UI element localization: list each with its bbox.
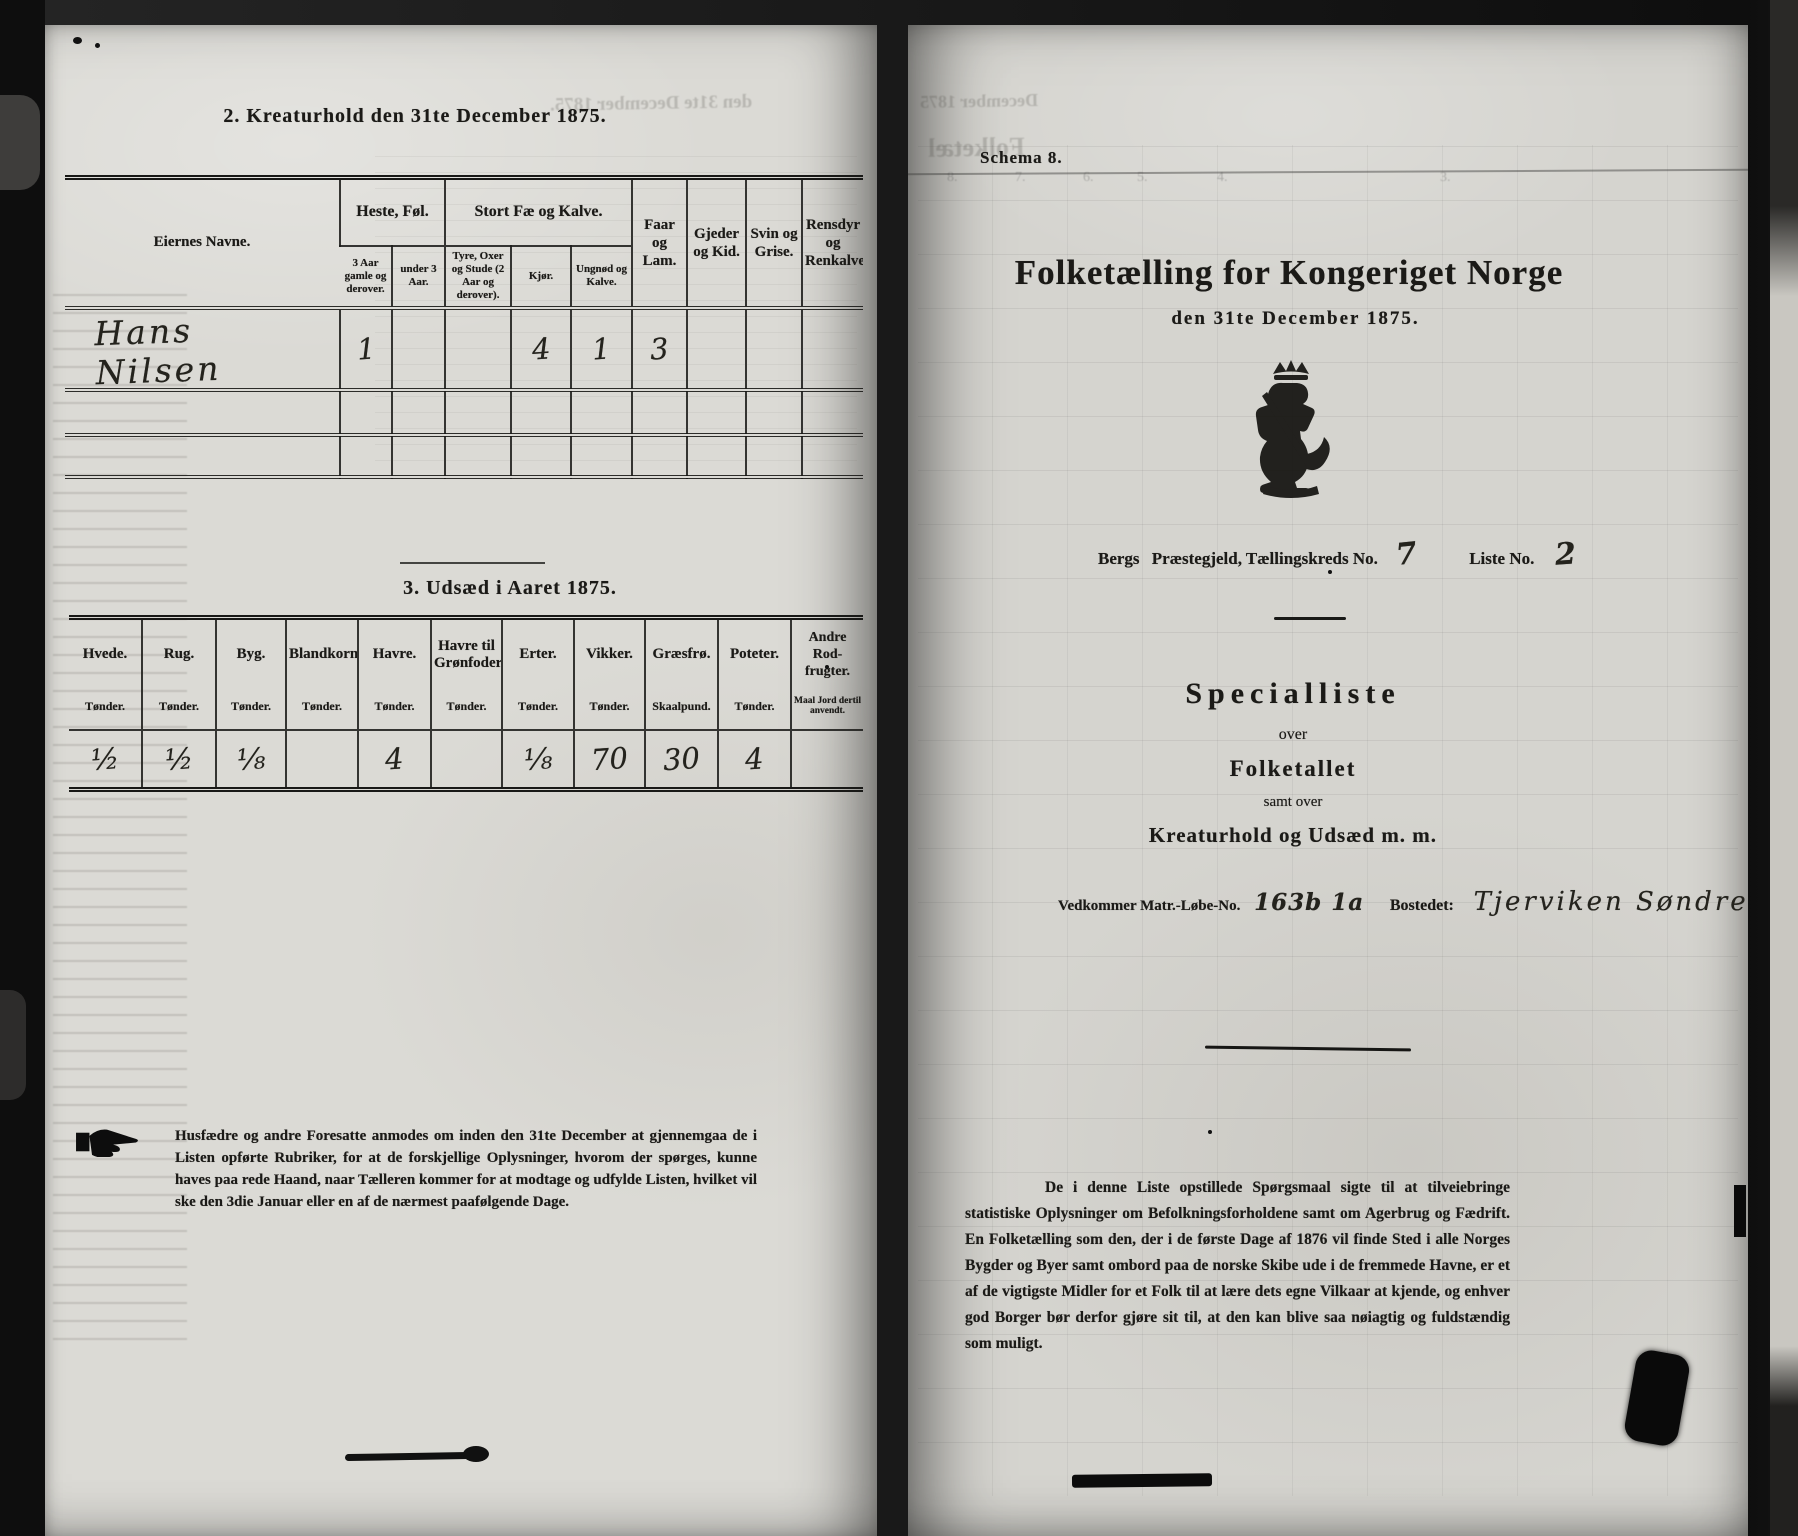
manicule-pointing-hand-icon xyxy=(75,1127,141,1157)
col-header-svin: Svin og Grise. xyxy=(746,178,802,308)
table-row: Hans Nilsen 1 4 1 3 xyxy=(65,308,863,390)
col-header-graesfro: Græsfrø. xyxy=(645,618,718,690)
unit-andre-rodfrugter: Maal Jord dertil anvendt. xyxy=(791,690,863,730)
value-faar: 3 xyxy=(649,331,670,366)
unit-graesfro: Skaalpund. xyxy=(645,690,718,730)
table-row-empty xyxy=(65,435,863,477)
district-number-handwritten: 7 xyxy=(1394,536,1418,573)
district-line: Bergs Præstegjeld, Tællingskreds No. 7 L… xyxy=(1098,537,1658,572)
udsaed-table: Hvede. Rug. Byg. Blandkorn. Havre. Havre… xyxy=(69,615,863,792)
unit-rug: Tønder. xyxy=(142,690,216,730)
divider-line xyxy=(1274,617,1346,620)
bleedthrough-column-number: 7. xyxy=(1015,170,1026,186)
bleedthrough-column-number: 3. xyxy=(1440,170,1451,186)
bleedthrough-column-number: 6. xyxy=(1083,170,1094,186)
divider-line xyxy=(908,169,1748,175)
scan-edge-blot xyxy=(0,990,26,1100)
list-subject-folketallet: Folketallet xyxy=(973,756,1613,782)
ink-blot xyxy=(463,1446,489,1462)
left-page: den 31te December 1875. 2. Kreaturhold d… xyxy=(45,25,877,1536)
col-header-blandkorn: Blandkorn. xyxy=(286,618,358,690)
value-hvede: ½ xyxy=(90,741,120,777)
col-group-stort-fae: Stort Fæ og Kalve. xyxy=(445,178,632,246)
list-title: Specialliste xyxy=(973,677,1613,711)
unit-havre: Tønder. xyxy=(358,690,431,730)
table-row: ½ ½ ⅛ 4 ⅛ 70 30 4 xyxy=(69,730,863,790)
value-rug: ½ xyxy=(164,741,194,777)
section3-title: 3. Udsæd i Aaret 1875. xyxy=(310,577,710,600)
divider-line xyxy=(1205,1046,1411,1052)
kreaturhold-table: Eiernes Navne. Heste, Føl. Stort Fæ og K… xyxy=(65,175,863,479)
document-subtitle: den 31te December 1875. xyxy=(908,308,1683,330)
matr-label: Vedkommer Matr.-Løbe-No. xyxy=(1058,898,1240,914)
unit-hvede: Tønder. xyxy=(69,690,142,730)
scan-edge-mark xyxy=(1734,1185,1746,1237)
scanned-census-document: den 31te December 1875. 2. Kreaturhold d… xyxy=(0,0,1798,1536)
list-subject-kreaturhold: Kreaturhold og Udsæd m. m. xyxy=(973,823,1613,848)
col-header-poteter: Poteter. xyxy=(718,618,791,690)
coat-of-arms-lion-icon xyxy=(1245,358,1337,500)
list-over: over xyxy=(973,726,1613,744)
col-header-hvede: Hvede. xyxy=(69,618,142,690)
liste-label: Liste No. xyxy=(1469,549,1534,568)
district-label: Præstegjeld, Tællingskreds No. xyxy=(1152,549,1378,568)
col-header-havre-gronfoder: Havre til Grønfoder. xyxy=(431,618,502,690)
bosted-label: Bostedet: xyxy=(1390,897,1454,914)
speck xyxy=(95,43,100,48)
col-header-andre-rodfrugter: Andre Rod­frugter. xyxy=(791,618,863,690)
value-ungnod: 1 xyxy=(591,331,612,366)
table-row-empty xyxy=(65,390,863,435)
col-header-heste-3aar: 3 Aar gamle og derover. xyxy=(340,246,392,308)
value-vikker: 70 xyxy=(590,741,629,777)
list-title-block: Specialliste over Folketallet samt over … xyxy=(973,677,1613,848)
right-page: December 1875 Folketæl Schema 8. 8. 7. 6… xyxy=(908,25,1748,1536)
unit-erter: Tønder. xyxy=(502,690,574,730)
value-kjor: 4 xyxy=(531,331,552,366)
ink-bar xyxy=(1072,1473,1212,1487)
value-poteter: 4 xyxy=(744,741,765,776)
speck xyxy=(825,665,829,669)
liste-number-handwritten: 2 xyxy=(1553,536,1576,572)
list-samt-over: samt over xyxy=(973,794,1613,811)
divider-line xyxy=(400,562,545,564)
col-header-ungnod: Ungnød og Kalve. xyxy=(571,246,632,308)
scan-edge-blot xyxy=(0,95,40,190)
col-header-tyre-oxer: Tyre, Oxer og Stude (2 Aar og derover). xyxy=(445,246,511,308)
col-header-vikker: Vikker. xyxy=(574,618,645,690)
col-header-havre: Havre. xyxy=(358,618,431,690)
value-havre: 4 xyxy=(384,741,405,776)
col-header-kjor: Kjør. xyxy=(511,246,571,308)
col-header-heste-under3: under 3 Aar. xyxy=(392,246,445,308)
unit-blandkorn: Tønder. xyxy=(286,690,358,730)
bleedthrough-column-number: 4. xyxy=(1217,170,1228,186)
col-header-eiernes-navne: Eiernes Navne. xyxy=(65,178,340,308)
bleedthrough-text: December 1875 xyxy=(920,90,1038,113)
section2-title: 2. Kreaturhold den 31te December 1875. xyxy=(165,105,665,128)
bosted-value-handwritten: Tjerviken Søndre xyxy=(1474,887,1749,917)
unit-byg: Tønder. xyxy=(216,690,286,730)
speck xyxy=(1328,570,1332,574)
matr-number-handwritten: 163b 1a xyxy=(1254,889,1364,916)
document-title: Folketælling for Kongeriget Norge xyxy=(908,253,1670,293)
unit-poteter: Tønder. xyxy=(718,690,791,730)
unit-havre-gronfoder: Tønder. xyxy=(431,690,502,730)
ink-blot xyxy=(1622,1348,1691,1448)
col-header-byg: Byg. xyxy=(216,618,286,690)
ink-stroke xyxy=(345,1452,471,1461)
instruction-paragraph: De i denne Liste opstillede Spørgsmaal s… xyxy=(965,1175,1510,1357)
unit-vikker: Tønder. xyxy=(574,690,645,730)
value-graesfro: 30 xyxy=(662,741,701,777)
bleedthrough-column-number: 8. xyxy=(947,170,958,186)
footnote-text: Husfædre og andre Foresatte anmodes om i… xyxy=(175,1125,757,1213)
value-byg: ⅛ xyxy=(236,741,266,777)
col-header-faar: Faar og Lam. xyxy=(632,178,687,308)
owner-name-handwritten: Hans Nilsen xyxy=(94,308,339,390)
col-group-heste: Heste, Føl. xyxy=(340,178,445,246)
col-header-erter: Erter. xyxy=(502,618,574,690)
col-header-rensdyr: Rensdyr og Renkalve. xyxy=(802,178,863,308)
scan-edge-strip xyxy=(1770,0,1798,1536)
schema-label: Schema 8. xyxy=(980,148,1063,168)
speck xyxy=(1208,1130,1212,1134)
speck xyxy=(73,37,82,44)
matrikkel-line: Vedkommer Matr.-Løbe-No. 163b 1a Bostede… xyxy=(1058,887,1748,917)
col-header-gjeder: Gjeder og Kid. xyxy=(687,178,746,308)
value-erter: ⅛ xyxy=(523,741,553,777)
district-prefix: Bergs xyxy=(1098,549,1140,568)
bleedthrough-column-number: 5. xyxy=(1137,170,1148,186)
col-header-rug: Rug. xyxy=(142,618,216,690)
value-heste-3aar: 1 xyxy=(356,331,377,366)
